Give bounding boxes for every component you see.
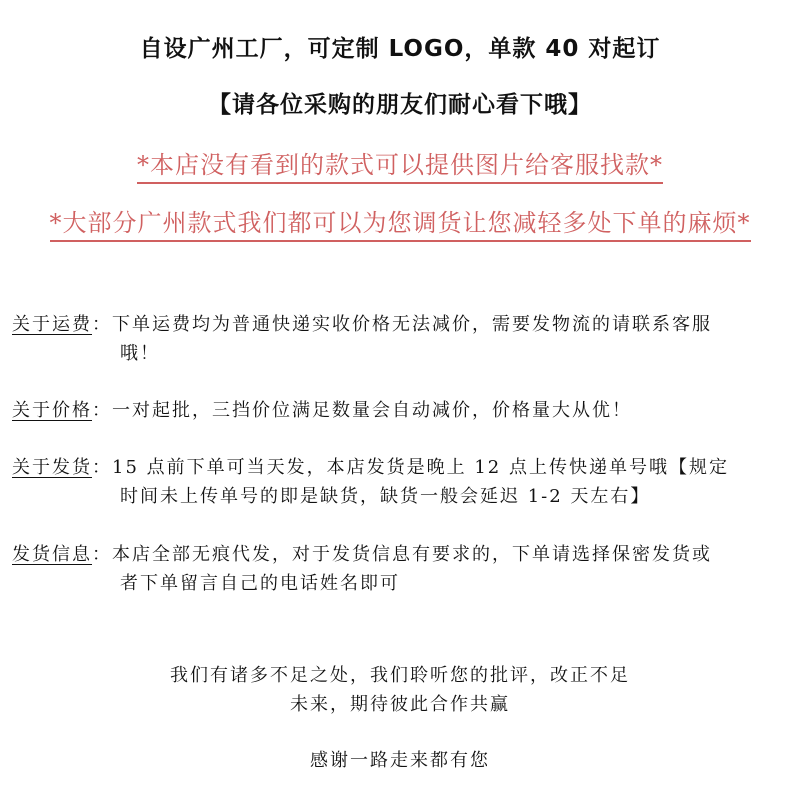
info-text-continued: 哦！ (12, 339, 792, 368)
info-text-continued: 时间未上传单号的即是缺货，缺货一般会延迟 1-2 天左右】 (12, 482, 792, 511)
info-label: 关于运费 (12, 310, 92, 339)
page-title: 自设广州工厂，可定制 LOGO，单款 40 对起订 (0, 30, 800, 63)
info-delivery: 关于发货：15 点前下单可当天发，本店发货是晚上 12 点上传快递单号哦【规定 … (12, 453, 792, 511)
notice-text: *本店没有看到的款式可以提供图片给客服找款* (137, 151, 663, 184)
info-text-continued: 者下单留言自己的电话姓名即可 (12, 569, 792, 598)
info-text: 15 点前下单可当天发，本店发货是晚上 12 点上传快递单号哦【规定 (112, 457, 729, 478)
notice-find-style: *本店没有看到的款式可以提供图片给客服找款* (0, 145, 800, 180)
info-colon: ： (92, 540, 112, 569)
info-label: 关于发货 (12, 453, 92, 482)
info-shipping-details: 发货信息：本店全部无痕代发，对于发货信息有要求的，下单请选择保密发货或 者下单留… (12, 540, 792, 598)
notice-text: *大部分广州款式我们都可以为您调货让您减轻多处下单的麻烦* (50, 209, 751, 242)
page-subtitle: 【请各位采购的朋友们耐心看下哦】 (0, 86, 800, 119)
info-shipping-fee: 关于运费：下单运费均为普通快递实收价格无法减价，需要发物流的请联系客服 哦！ (12, 310, 792, 368)
info-colon: ： (92, 310, 112, 339)
info-label: 发货信息 (12, 540, 92, 569)
info-colon: ： (92, 396, 112, 425)
closing-line-1: 我们有诸多不足之处，我们聆听您的批评，改正不足 (0, 661, 800, 687)
closing-thanks: 感谢一路走来都有您 (0, 746, 800, 772)
closing-line-2: 未来，期待彼此合作共赢 (0, 690, 800, 716)
info-label: 关于价格 (12, 396, 92, 425)
notice-restock: *大部分广州款式我们都可以为您调货让您减轻多处下单的麻烦* (0, 203, 800, 238)
info-colon: ： (92, 453, 112, 482)
info-text: 本店全部无痕代发，对于发货信息有要求的，下单请选择保密发货或 (112, 544, 712, 565)
info-text: 下单运费均为普通快递实收价格无法减价，需要发物流的请联系客服 (112, 314, 712, 335)
info-price: 关于价格：一对起批，三挡价位满足数量会自动减价，价格量大从优！ (12, 396, 792, 425)
info-text: 一对起批，三挡价位满足数量会自动减价，价格量大从优！ (112, 400, 632, 421)
